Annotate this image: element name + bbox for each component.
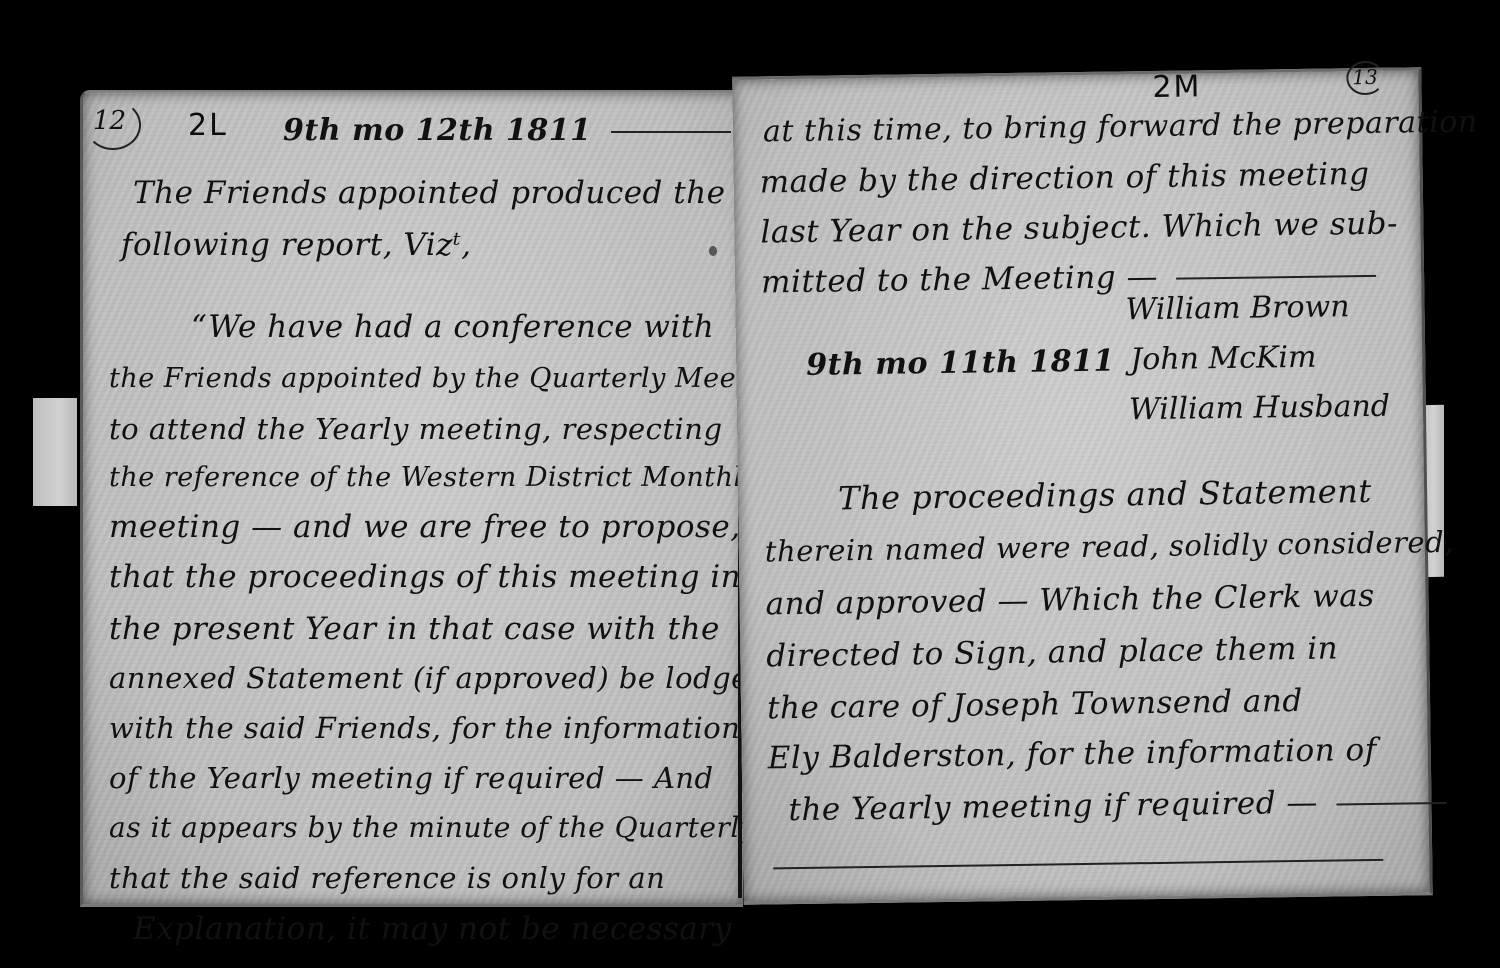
text-line: annexed Statement (if approved) be lodge… <box>109 664 768 693</box>
text-line: the reference of the Western District Mo… <box>109 464 758 491</box>
text-line: The Friends appointed produced the <box>133 178 726 209</box>
text-line: meeting — and we are free to propose, <box>109 512 741 543</box>
closing-flourish-line <box>773 859 1383 870</box>
manuscript-scan: 12 2L 9th mo 12th 1811 The Friends appoi… <box>0 0 1500 968</box>
text-line: following report, Vizᵗ, <box>121 230 472 261</box>
text-line: as it appears by the minute of the Quart… <box>109 814 756 842</box>
left-page: 12 2L 9th mo 12th 1811 The Friends appoi… <box>80 90 743 907</box>
folio-number: 13 <box>1352 65 1378 89</box>
page-reference: 2M <box>1152 69 1201 105</box>
text-line: Explanation, it may not be necessary <box>133 914 732 945</box>
text-line: the Friends appointed by the Quarterly M… <box>109 365 792 392</box>
signatory: William Husband <box>1129 389 1391 428</box>
text-line: with the said Friends, for the informati… <box>109 714 740 743</box>
text-line: of the Yearly meeting if required — And <box>109 764 714 793</box>
text-line: that the proceedings of this meeting in <box>109 562 741 593</box>
right-page: 13 2M at this time, to bring forward the… <box>732 67 1432 905</box>
text-line: The proceedings and Statement <box>838 475 1372 514</box>
text-line: the present Year in that case with the <box>109 614 720 645</box>
ink-blot <box>709 246 717 256</box>
date-heading-text: 9th mo 12th 1811 <box>283 113 592 148</box>
signatory: William Brown <box>1125 289 1349 327</box>
text-line: therein named were read, solidly conside… <box>765 528 1454 567</box>
line-flourish <box>611 131 731 133</box>
text-line: and approved — Which the Clerk was <box>765 581 1374 621</box>
text-line: made by the direction of this meeting <box>760 159 1370 199</box>
text-line: at this time, to bring forward the prepa… <box>763 107 1478 147</box>
line-flourish <box>1336 801 1446 805</box>
text-line: that the said reference is only for an <box>109 864 665 893</box>
left-page-tab <box>33 398 77 506</box>
report-date: 9th mo 11th 1811 <box>806 347 1115 381</box>
text-line-text: the Yearly meeting if required — <box>788 785 1318 828</box>
text-line: the Yearly meeting if required — <box>788 786 1446 826</box>
signatory: John McKim <box>1130 340 1317 378</box>
report-date-text: 9th mo 11th 1811 <box>806 344 1115 383</box>
folio-circle <box>85 100 141 150</box>
folio-circle <box>1346 61 1384 96</box>
date-heading: 9th mo 12th 1811 <box>283 116 731 146</box>
folio-number: 12 <box>93 106 126 136</box>
text-line: Ely Balderston, for the information of <box>768 735 1377 774</box>
line-flourish <box>1176 274 1376 279</box>
text-line-text: mitted to the Meeting — <box>761 259 1158 301</box>
text-line: to attend the Yearly meeting, respecting <box>109 415 723 444</box>
text-line: last Year on the subject. Which we sub- <box>760 209 1398 249</box>
text-line: directed to Sign, and place them in <box>766 633 1338 672</box>
text-line: the care of Joseph Townsend and <box>767 686 1303 724</box>
text-line: “We have had a conference with <box>191 312 714 343</box>
page-reference: 2L <box>188 108 228 143</box>
